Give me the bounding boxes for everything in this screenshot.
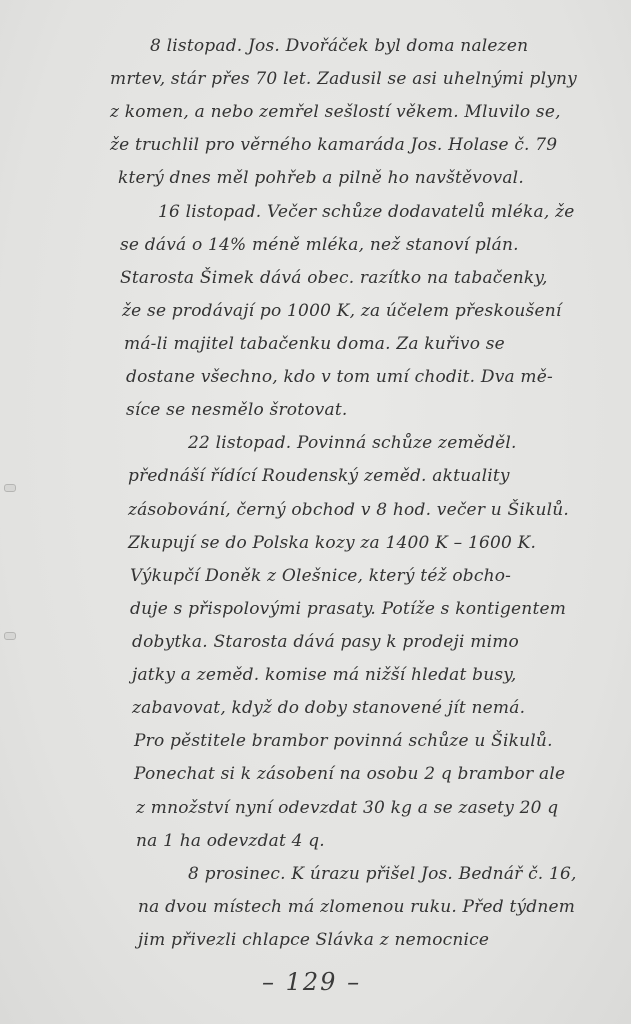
text-line: 8 prosinec. K úrazu přišel Jos. Bednář č…: [188, 864, 577, 884]
text-line: Pro pěstitele brambor povinná schůze u Š…: [134, 731, 553, 751]
text-line: 16 listopad. Večer schůze dodavatelů mlé…: [158, 202, 575, 222]
text-line: 8 listopad. Jos. Dvořáček byl doma nalez…: [150, 36, 528, 56]
text-line: jim přivezli chlapce Slávka z nemocnice: [138, 930, 489, 950]
text-line: který dnes měl pohřeb a pilně ho navštěv…: [118, 168, 524, 188]
binding-hole: [4, 632, 16, 640]
text-line: dostane všechno, kdo v tom umí chodit. D…: [126, 367, 553, 387]
scanned-page: 8 listopad. Jos. Dvořáček byl doma nalez…: [0, 0, 631, 1024]
text-line: 22 listopad. Povinná schůze zeměděl.: [188, 433, 517, 453]
text-line: na dvou místech má zlomenou ruku. Před t…: [138, 897, 575, 917]
text-line: z množství nyní odevzdat 30 kg a se zase…: [136, 798, 558, 818]
text-line: dobytka. Starosta dává pasy k prodeji mi…: [132, 632, 519, 652]
text-line: Výkupčí Doněk z Olešnice, který též obch…: [130, 566, 511, 586]
text-line: Starosta Šimek dává obec. razítko na tab…: [120, 268, 548, 288]
text-line: že se prodávají po 1000 K, za účelem pře…: [122, 301, 562, 321]
text-line: Ponechat si k zásobení na osobu 2 q bram…: [134, 764, 565, 784]
text-line: na 1 ha odevzdat 4 q.: [136, 831, 325, 851]
text-line: zabavovat, když do doby stanovené jít ne…: [132, 698, 525, 718]
page-number: – 129 –: [262, 968, 361, 996]
text-line: přednáší řídící Roudenský zeměd. aktuali…: [128, 466, 510, 486]
text-line: jatky a zeměd. komise má nižší hledat bu…: [132, 665, 516, 685]
text-line: duje s přispolovými prasaty. Potíže s ko…: [130, 599, 566, 619]
text-line: se dává o 14% méně mléka, než stanoví pl…: [120, 235, 519, 255]
text-line: mrtev, stár přes 70 let. Zadusil se asi …: [110, 69, 577, 89]
text-line: Zkupují se do Polska kozy za 1400 K – 16…: [128, 533, 536, 553]
text-line: síce se nesmělo šrotovat.: [126, 400, 347, 420]
binding-hole: [4, 484, 16, 492]
text-line: zásobování, černý obchod v 8 hod. večer …: [128, 500, 569, 520]
text-line: má-li majitel tabačenku doma. Za kuřivo …: [124, 334, 505, 354]
text-line: že truchlil pro věrného kamaráda Jos. Ho…: [110, 135, 557, 155]
text-line: z komen, a nebo zemřel sešlostí věkem. M…: [110, 102, 561, 122]
